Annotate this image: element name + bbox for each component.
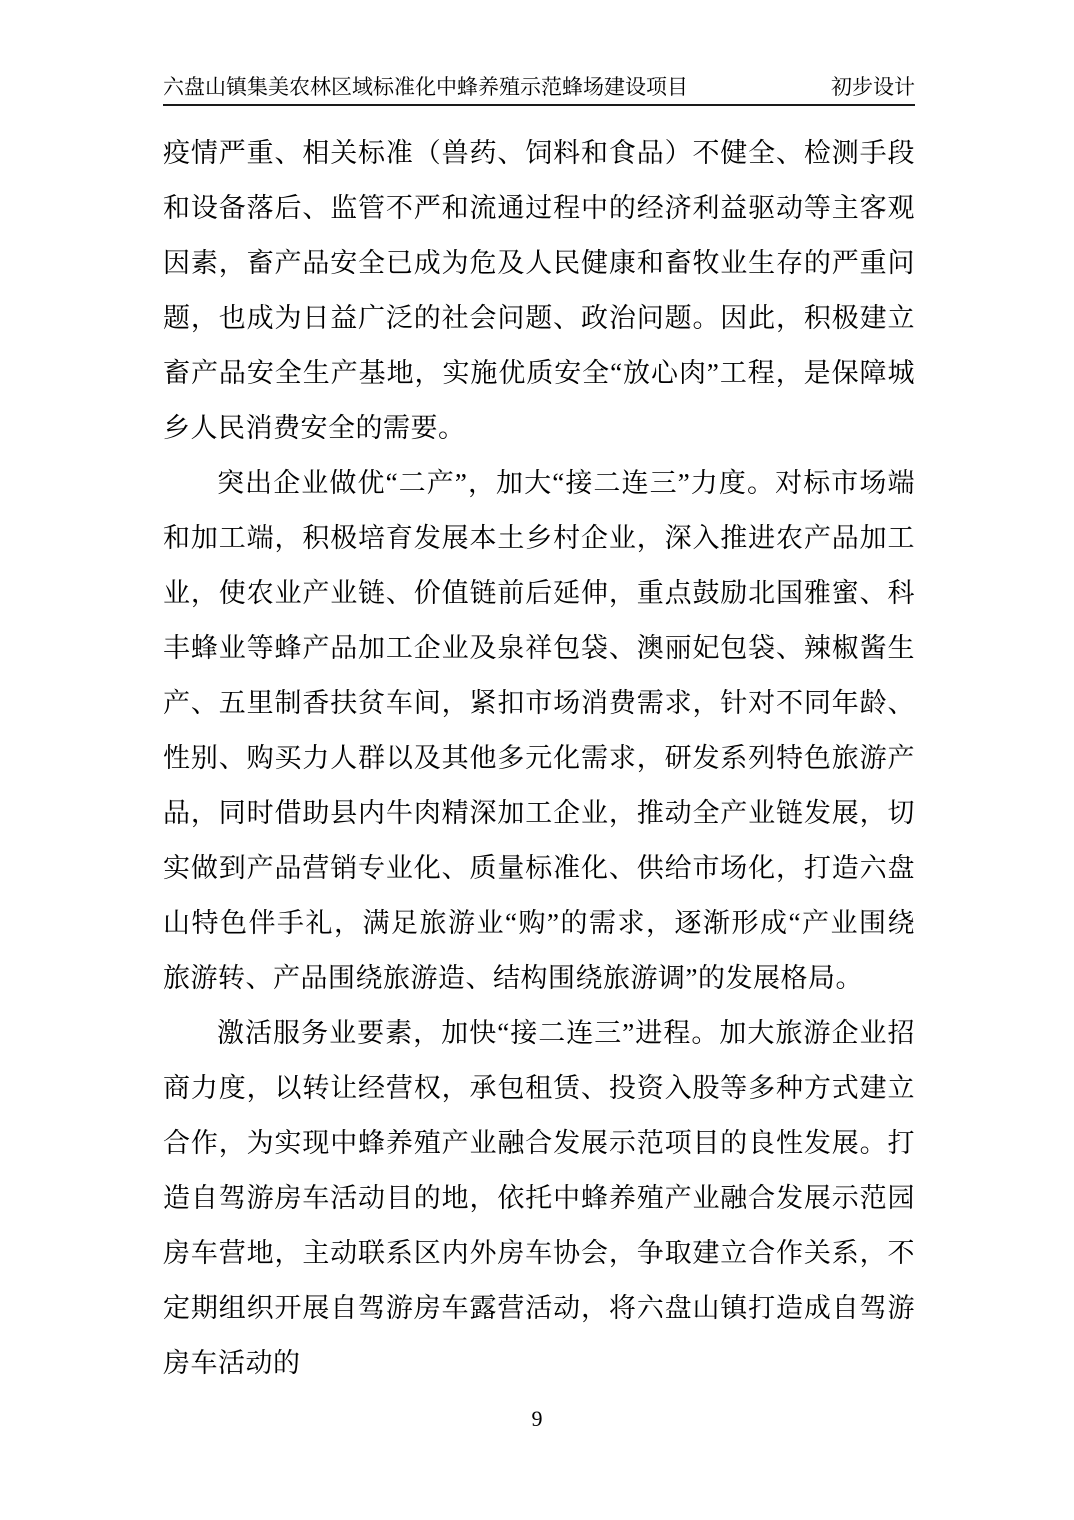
- body-paragraph: 突出企业做优“二产”，加大“接二连三”力度。对标市场端和加工端，积极培育发展本土…: [163, 456, 915, 1006]
- page-number: 9: [532, 1406, 543, 1431]
- body-paragraph: 激活服务业要素，加快“接二连三”进程。加大旅游企业招商力度，以转让经营权，承包租…: [163, 1006, 915, 1391]
- body-paragraph: 疫情严重、相关标准（兽药、饲料和食品）不健全、检测手段和设备落后、监管不严和流通…: [163, 126, 915, 456]
- page-footer: 9: [0, 1405, 1074, 1433]
- header-project-title: 六盘山镇集美农林区域标准化中蜂养殖示范蜂场建设项目: [163, 74, 688, 100]
- document-body: 疫情严重、相关标准（兽药、饲料和食品）不健全、检测手段和设备落后、监管不严和流通…: [163, 126, 915, 1391]
- document-page: 六盘山镇集美农林区域标准化中蜂养殖示范蜂场建设项目 初步设计 疫情严重、相关标准…: [0, 0, 1074, 1520]
- header-doc-type: 初步设计: [831, 74, 915, 100]
- page-header: 六盘山镇集美农林区域标准化中蜂养殖示范蜂场建设项目 初步设计: [163, 74, 915, 106]
